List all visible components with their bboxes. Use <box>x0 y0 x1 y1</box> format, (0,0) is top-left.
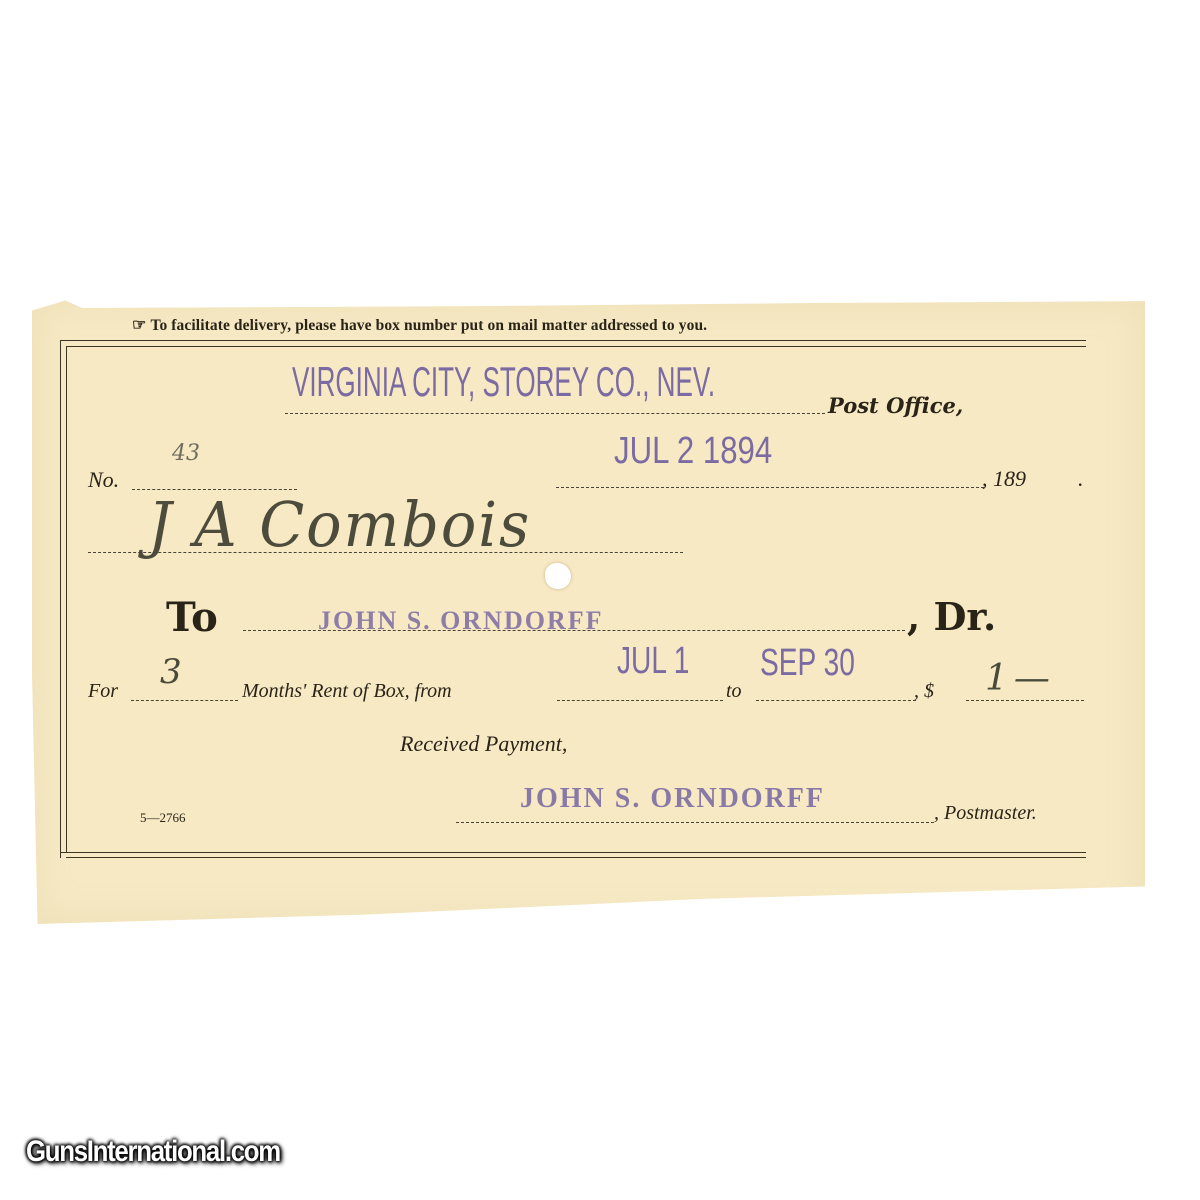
months-rent-label: Months' Rent of Box, from <box>242 680 452 703</box>
to-dotted-line <box>243 630 905 631</box>
for-label: For <box>88 680 118 703</box>
pointing-hand-icon: ☞ <box>132 317 146 334</box>
to-label: To <box>166 594 218 641</box>
number-label: No. <box>88 467 119 493</box>
punch-hole <box>545 563 571 589</box>
payer-dotted-line <box>88 552 683 553</box>
months-dotted-line <box>131 700 238 701</box>
office-stamp: VIRGINIA CITY, STOREY CO., NEV. <box>292 358 715 406</box>
from-date-stamp: JUL 1 <box>617 640 689 683</box>
box-number-value: 43 <box>172 441 200 466</box>
frame-top-rule <box>60 340 1086 341</box>
delivery-notice: ☞To facilitate delivery, please have box… <box>132 315 707 335</box>
to-date-stamp: SEP 30 <box>760 642 855 685</box>
to-date-dotted-line <box>756 700 916 701</box>
postmaster-dotted-line <box>456 822 934 823</box>
payer-signature: J A Combois <box>148 488 531 561</box>
form-number: 5—2766 <box>140 810 186 826</box>
office-dotted-line <box>285 413 825 414</box>
currency-label: , $ <box>914 680 934 703</box>
delivery-notice-text: To facilitate delivery, please have box … <box>150 317 707 334</box>
frame-left-rule <box>60 340 61 858</box>
postmaster-stamp: JOHN S. ORNDORFF <box>520 783 825 815</box>
months-value: 3 <box>160 652 182 692</box>
post-office-label: Post Office, <box>828 393 963 418</box>
amount-dotted-line <box>966 700 1084 701</box>
frame-bottom-rule <box>60 852 1086 853</box>
postmaster-label: , Postmaster. <box>934 802 1037 825</box>
site-watermark: GunsInternational.com <box>26 1135 280 1169</box>
to-date-label: to <box>726 680 742 703</box>
frame-bottom-rule-inner <box>66 857 1086 858</box>
year-trailing-dot: . <box>1078 466 1084 492</box>
to-stamp: JOHN S. ORNDORFF <box>318 606 604 636</box>
date-stamp: JUL 2 1894 <box>614 430 772 473</box>
amount-value: 1— <box>985 658 1056 699</box>
date-dotted-line <box>556 487 984 488</box>
received-payment-label: Received Payment, <box>400 731 567 757</box>
dr-label: , Dr. <box>907 594 996 639</box>
printed-year: , 189 <box>982 466 1026 492</box>
from-dotted-line <box>557 700 723 701</box>
frame-top-rule-inner <box>66 346 1086 347</box>
frame-left-rule-inner <box>66 346 67 852</box>
